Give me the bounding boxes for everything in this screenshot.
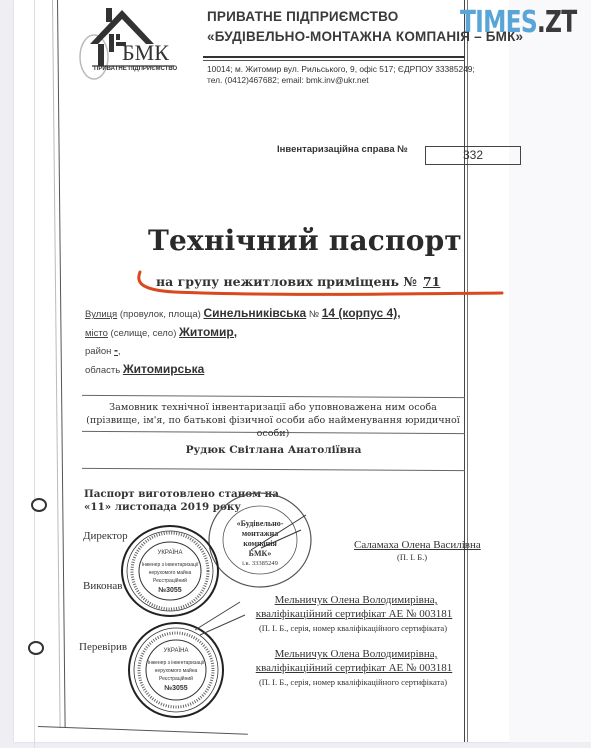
svg-text:№3055: №3055 [164,684,187,692]
inventory-case-number: 332 [425,146,521,165]
background-margin [509,0,591,742]
director-name: Саламаха Олена Василівна [354,539,481,551]
logo-subtitle: ПРИВАТНЕ ПІДПРИЄМСТВО [94,66,177,72]
times-zt-watermark: TIMES.ZT [460,5,576,40]
executor-note: (П. І. Б., серія, номер кваліфікаційного… [236,623,470,633]
inventory-case-label: Інвентаризаційна справа № [277,144,408,155]
binding-hole-icon [31,498,47,512]
property-address: Вулиця (провулок, площа) Синельниківська… [85,305,401,379]
company-contacts: тел. (0412)467682; email: bmk.inv@ukr.ne… [207,75,369,85]
page-edge-line [34,0,35,748]
logo-text: БМК [122,40,169,66]
region-line: область Житомирська [85,361,401,380]
svg-text:нерухомого майна: нерухомого майна [155,667,198,674]
checker-certificate: кваліфікаційний сертифікат АЕ № 003181 [241,662,467,674]
city-value: Житомир, [179,325,237,339]
svg-text:нерухомого майна: нерухомого майна [149,569,192,576]
svg-text:УКРАЇНА: УКРАЇНА [158,549,183,556]
signature-stroke [190,580,250,640]
street-line: Вулиця (провулок, площа) Синельниківська… [85,305,401,324]
header-rule [203,60,465,61]
building-number: 14 (корпус 4), [322,306,401,320]
company-name-line1: ПРИВАТНЕ ПІДПРИЄМСТВО [207,9,398,24]
svg-text:№3055: №3055 [158,586,181,594]
executor-label: Виконав [83,580,122,592]
svg-text:УКРАЇНА: УКРАЇНА [164,647,189,654]
svg-text:«Будівельно-: «Будівельно- [237,519,284,528]
svg-text:Інженер з інвентаризації: Інженер з інвентаризації [148,660,205,666]
svg-text:Інженер з інвентаризації: Інженер з інвентаризації [142,562,199,568]
document-title: Технічний паспорт [148,224,462,257]
city-line: місто (селище, село) Житомир, [85,324,401,343]
customer-name: Рудюк Світлана Анатоліївна [82,444,465,456]
director-name-note: (П. І. Б.) [397,552,427,562]
customer-caption: Замовник технічної інвентаризації або уп… [84,401,462,440]
district-line: район -, [85,342,401,361]
svg-text:Реєстраційний: Реєстраційний [153,577,187,584]
red-underline-annotation [134,268,504,298]
svg-text:БМК»: БМК» [249,549,272,558]
binding-hole-icon [28,641,44,655]
company-stamp: «Будівельно- монтажна компанія БМК» і.к.… [206,490,314,590]
svg-text:Реєстраційний: Реєстраційний [159,675,193,682]
svg-text:і.к. 33385249: і.к. 33385249 [242,560,278,567]
executor-name: Мельничук Олена Володимирівна, [256,594,456,606]
company-address: 10014; м. Житомир вул. Рильського, 9, оф… [207,64,475,74]
region-value: Житомирська [123,362,204,376]
header-rule [203,56,465,58]
checker-label: Перевірив [79,641,127,653]
checker-name: Мельничук Олена Володимирівна, [256,648,456,660]
checker-note: (П. І. Б., серія, номер кваліфікаційного… [236,677,470,687]
executor-certificate: кваліфікаційний сертифікат АЕ № 003181 [241,608,467,620]
street-value: Синельниківська [203,306,306,320]
